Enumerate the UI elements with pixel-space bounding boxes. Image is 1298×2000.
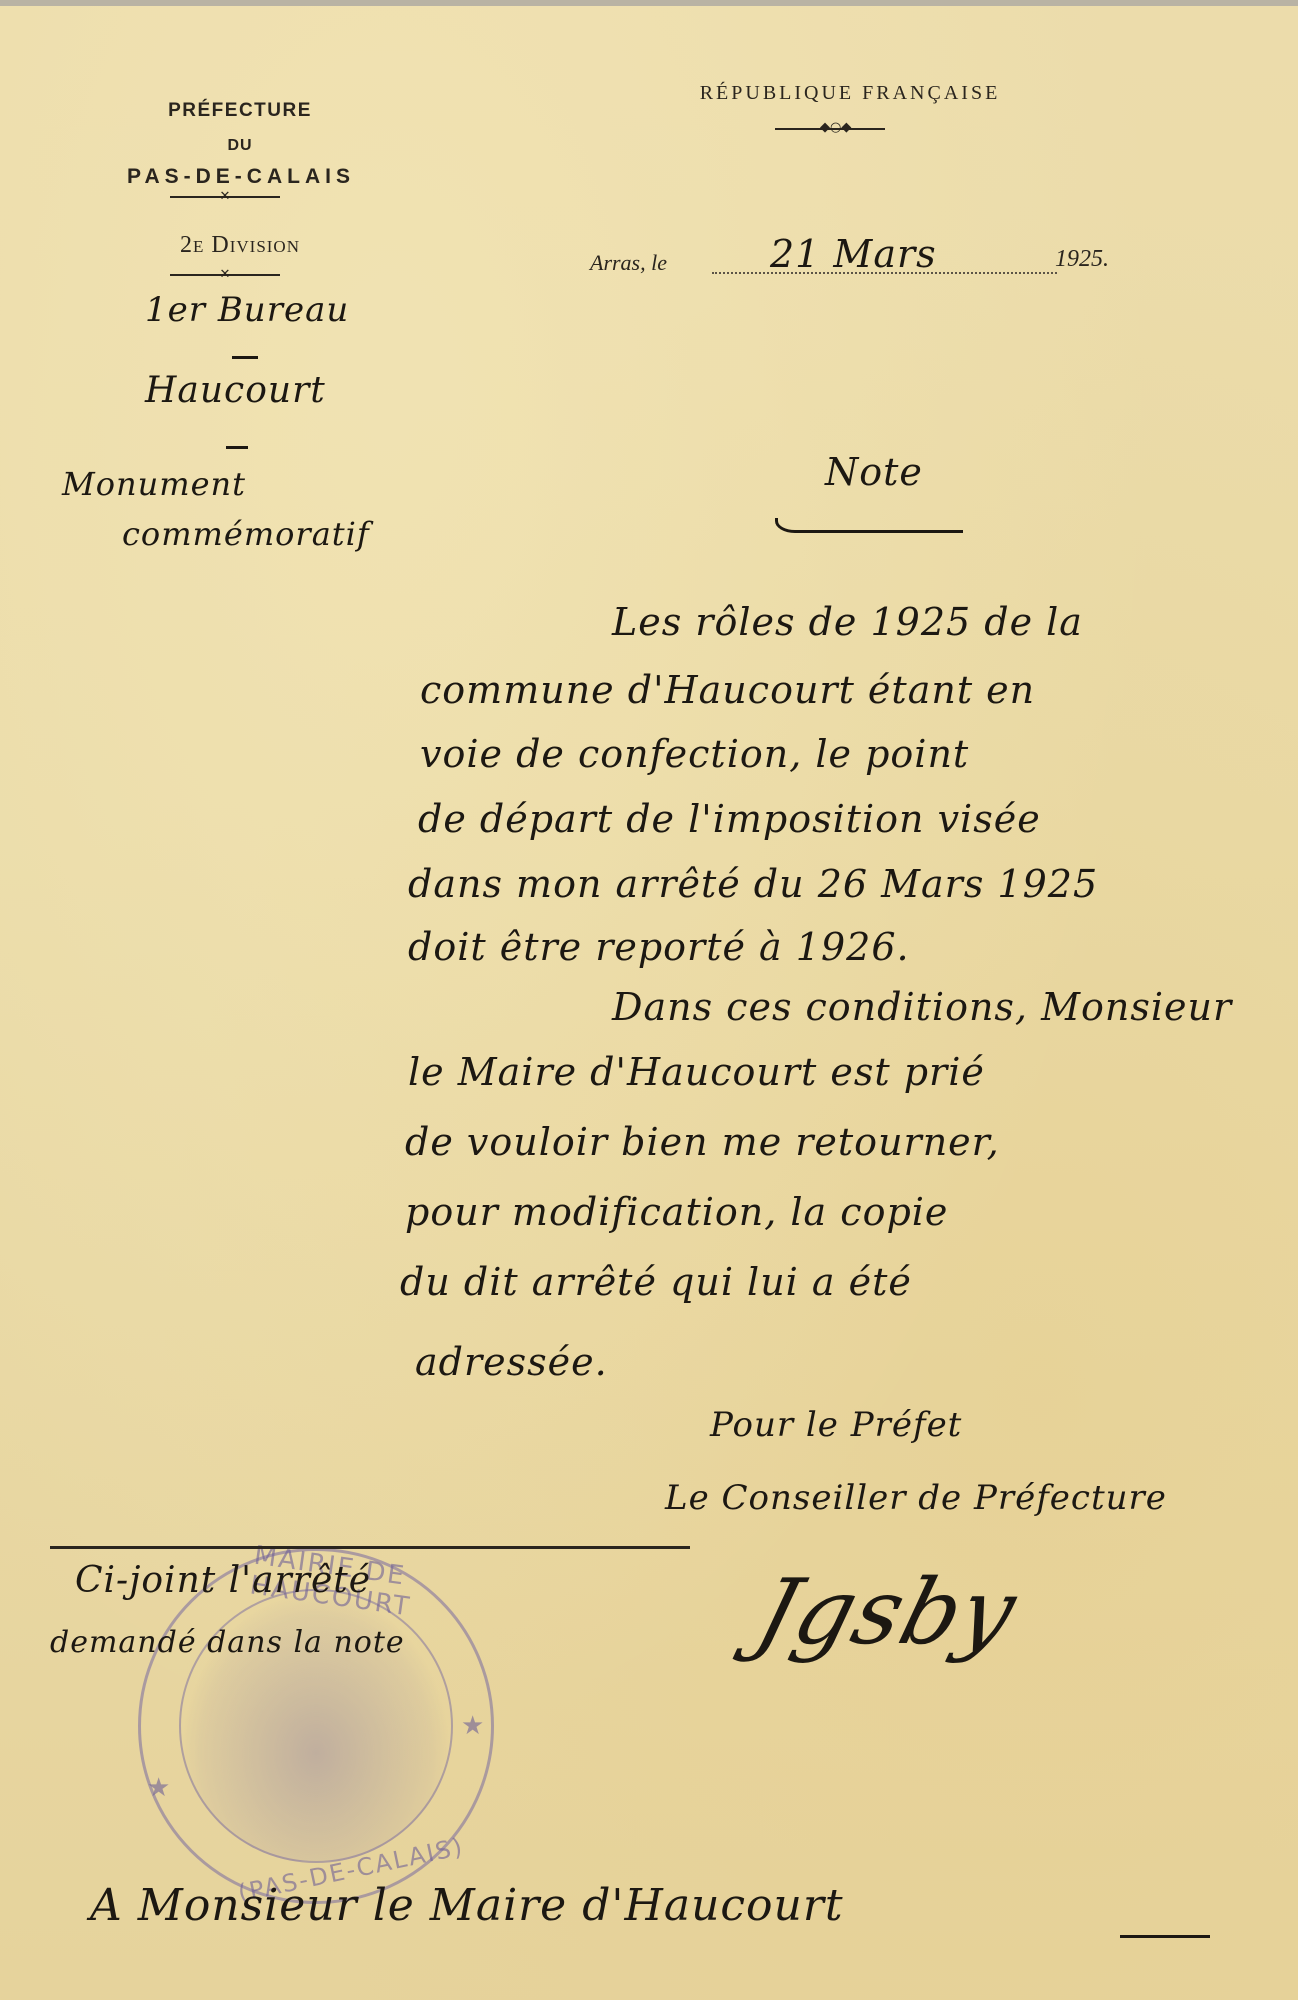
- subject-line-1: Monument: [62, 465, 246, 503]
- reply-annotation-line-2: demandé dans la note: [50, 1625, 405, 1660]
- body-line: Dans ces conditions, Monsieur: [612, 985, 1232, 1029]
- body-line: Les rôles de 1925 de la: [612, 600, 1083, 644]
- ornament-cross-icon: ✕: [218, 189, 232, 204]
- prefecture-du: DU: [140, 137, 340, 155]
- signature-line-1: Pour le Préfet: [710, 1405, 962, 1445]
- body-line: adressée.: [415, 1340, 608, 1384]
- note-title: Note: [825, 450, 923, 494]
- body-line: pour modification, la copie: [405, 1190, 948, 1234]
- bureau-note: 1er Bureau: [145, 290, 349, 330]
- mairie-stamp: MAIRIE DE HAUCOURT (PAS-DE-CALAIS) ★ ★: [138, 1548, 494, 1904]
- star-icon: ★: [461, 1711, 484, 1741]
- document-page: PRÉFECTURE DU PAS-DE-CALAIS ✕ 2e Divisio…: [0, 0, 1298, 2000]
- star-icon: ★: [147, 1773, 170, 1803]
- body-line: de départ de l'imposition visée: [418, 797, 1041, 841]
- signature-line-2: Le Conseiller de Préfecture: [665, 1478, 1167, 1518]
- republic-heading: RÉPUBLIQUE FRANÇAISE: [630, 82, 1070, 105]
- division-label: 2e Division: [130, 232, 350, 259]
- body-line: de vouloir bien me retourner,: [405, 1120, 1000, 1164]
- subject-line-2: commémoratif: [122, 515, 370, 553]
- prefecture-heading: PRÉFECTURE: [140, 100, 340, 122]
- body-line: doit être reporté à 1926.: [408, 925, 910, 969]
- scan-edge: [0, 0, 1298, 6]
- body-line: du dit arrêté qui lui a été: [400, 1260, 912, 1304]
- body-line: commune d'Haucourt étant en: [420, 668, 1035, 712]
- margin-dash: [226, 446, 248, 449]
- addressee-flourish: [1120, 1935, 1210, 1938]
- department-name: PAS-DE-CALAIS: [88, 165, 394, 189]
- body-line: le Maire d'Haucourt est prié: [408, 1050, 985, 1094]
- margin-dash: [232, 356, 258, 359]
- body-line: dans mon arrêté du 26 Mars 1925: [408, 862, 1098, 906]
- separator-rule: [50, 1546, 690, 1549]
- place-label: Arras, le: [590, 250, 667, 276]
- addressee: A Monsieur le Maire d'Haucourt: [90, 1880, 844, 1931]
- body-line: voie de confection, le point: [420, 732, 969, 776]
- commune-note: Haucourt: [145, 370, 326, 411]
- date-year: 1925.: [1055, 246, 1109, 273]
- date-day-month: 21 Mars: [770, 232, 937, 276]
- ornament-diamond-icon: ◆○◆: [820, 120, 840, 135]
- title-underline: [775, 518, 963, 533]
- signature: Jgsby: [746, 1560, 1027, 1665]
- reply-annotation-line-1: Ci-joint l'arrêté: [75, 1560, 371, 1601]
- ornament-cross-icon: ✕: [218, 267, 232, 282]
